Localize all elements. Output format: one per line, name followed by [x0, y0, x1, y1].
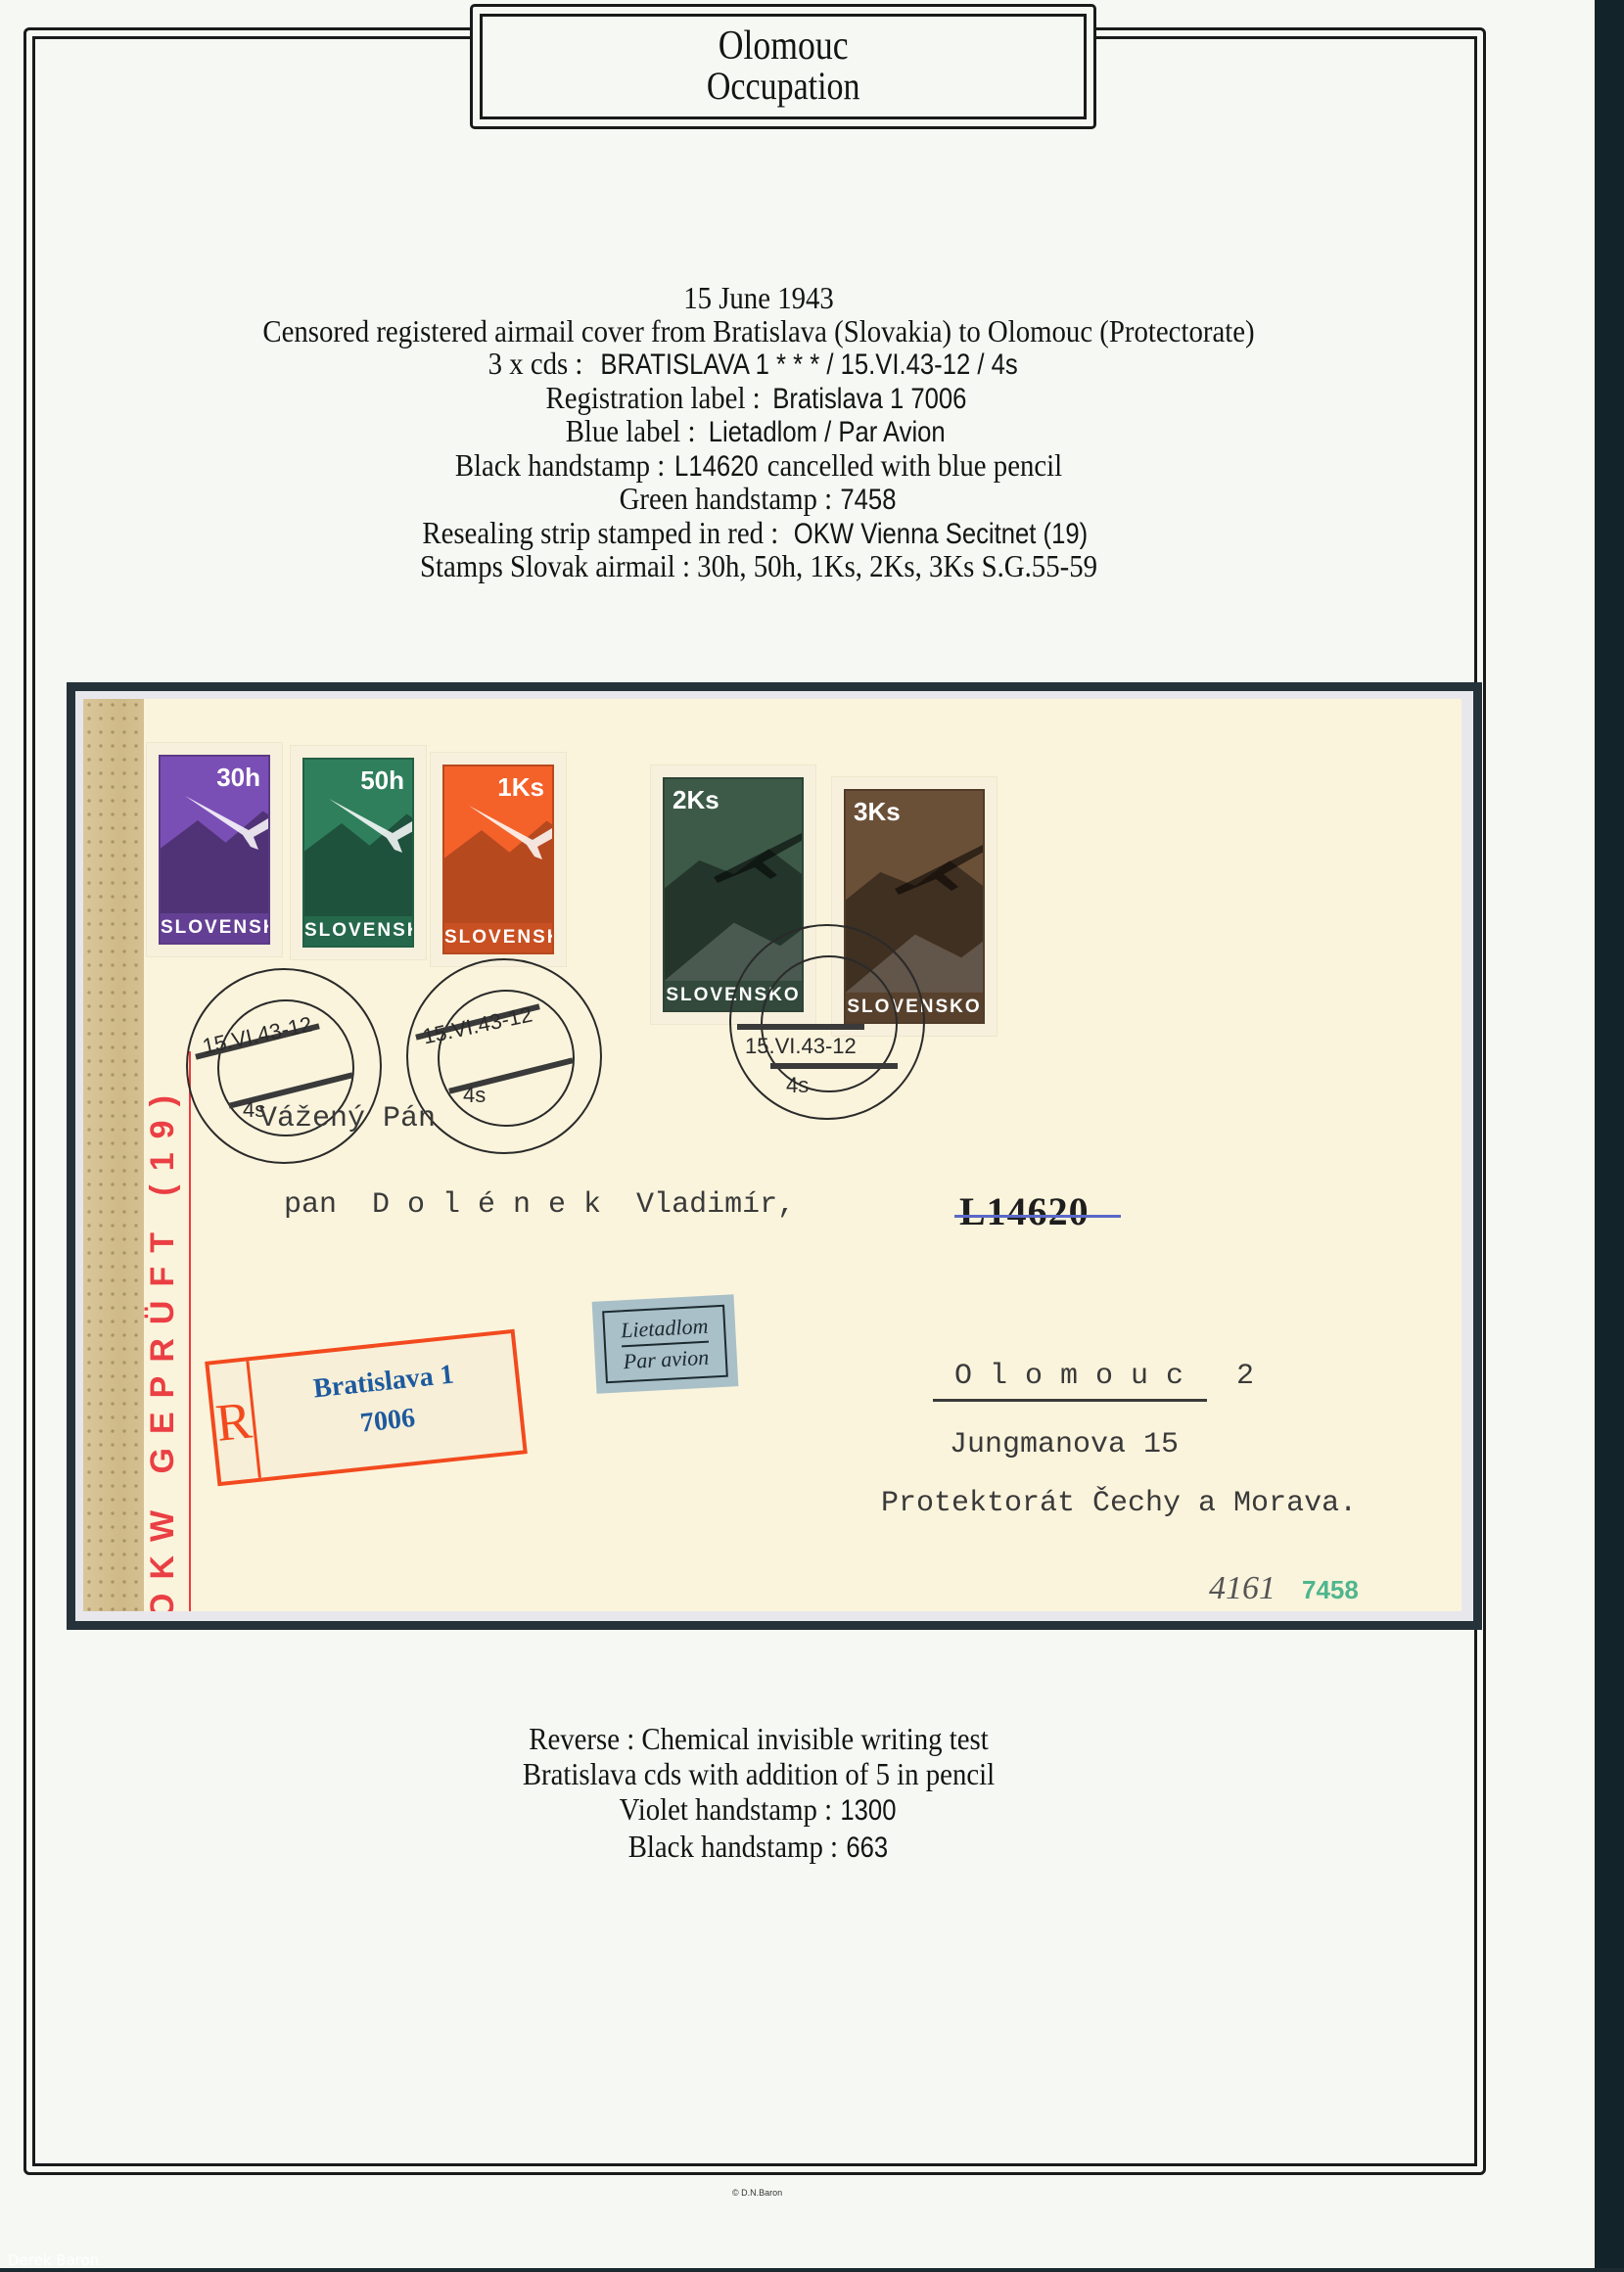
desc-line-resealing: Resealing strip stamped in red : OKW Vie… [112, 517, 1407, 551]
desc-line-blue-label: Blue label : Lietadlom / Par Avion [112, 415, 1407, 449]
airplane-icon [324, 789, 414, 858]
cover-summary: Censored registered airmail cover from B… [112, 315, 1407, 348]
address-region: Protektorát Čechy a Morava. [881, 1487, 1357, 1520]
address-name: pan D o l é n e k Vladimír, [284, 1188, 795, 1222]
airplane-icon [464, 796, 554, 864]
red-pencil-line [189, 1051, 191, 1611]
black-handstamp-l14620: L14620 [959, 1188, 1090, 1234]
title-box: Olomouc Occupation [470, 4, 1096, 129]
desc-line-cds: 3 x cds : BRATISLAVA 1 * * * / 15.VI.43-… [112, 348, 1407, 382]
censor-resealing-strip [83, 699, 144, 1611]
airplane-icon [885, 830, 985, 899]
page-subtitle: Occupation [707, 66, 860, 107]
pencil-note: 4161 [1209, 1570, 1276, 1607]
cover-description: 15 June 1943 Censored registered airmail… [39, 282, 1478, 583]
address-city: O l o m o u c 2 [954, 1360, 1254, 1393]
copyright-notice: © D.N.Baron [732, 2188, 782, 2198]
cover-date: 15 June 1943 [112, 282, 1407, 315]
stamp-50h: 50hSLOVENSKO [291, 746, 426, 959]
airmail-label: Lietadlom Par avion [592, 1294, 739, 1393]
reverse-violet-handstamp: Violet handstamp : 1300 [112, 1791, 1407, 1829]
airmail-label-line2: Par avion [622, 1345, 710, 1375]
page-title: Olomouc [719, 26, 849, 66]
cover-mount: OKW GEPRÜFT (19) 30hSLOVENSKO 50hSLOVENS… [67, 682, 1482, 1630]
reverse-line-2: Bratislava cds with addition of 5 in pen… [112, 1756, 1407, 1791]
postmark-cds-3: 15.VI.43-12 4s [729, 924, 925, 1120]
city-underline [933, 1399, 1207, 1402]
reverse-line-1: Reverse : Chemical invisible writing tes… [112, 1721, 1407, 1756]
scan-edge [1595, 0, 1624, 2272]
stamp-1ks: 1KsSLOVENSKO [431, 753, 566, 966]
registration-label: R Bratislava 1 7006 [205, 1329, 528, 1487]
address-salutation: Vážený Pán [259, 1102, 436, 1136]
airplane-icon [704, 818, 804, 887]
watermark: Derek Baron [8, 2251, 99, 2269]
stamp-30h: 30hSLOVENSKO [147, 743, 282, 956]
airplane-icon [180, 786, 270, 855]
airmail-label-line1: Lietadlom [621, 1314, 709, 1344]
desc-line-registration: Registration label : Bratislava 1 7006 [112, 382, 1407, 416]
green-handstamp: 7458 [1302, 1575, 1359, 1605]
reverse-black-handstamp: Black handstamp : 663 [112, 1829, 1407, 1866]
address-street: Jungmanova 15 [950, 1428, 1179, 1461]
scan-bottom-edge [0, 2268, 1624, 2272]
desc-line-green-handstamp: Green handstamp : 7458 [112, 483, 1407, 517]
desc-line-black-handstamp: Black handstamp : L14620 cancelled with … [112, 449, 1407, 484]
envelope-cover: OKW GEPRÜFT (19) 30hSLOVENSKO 50hSLOVENS… [83, 699, 1462, 1611]
blue-pencil-strike [954, 1215, 1121, 1218]
reverse-description: Reverse : Chemical invisible writing tes… [39, 1721, 1478, 1866]
desc-line-stamps: Stamps Slovak airmail : 30h, 50h, 1Ks, 2… [112, 550, 1407, 583]
